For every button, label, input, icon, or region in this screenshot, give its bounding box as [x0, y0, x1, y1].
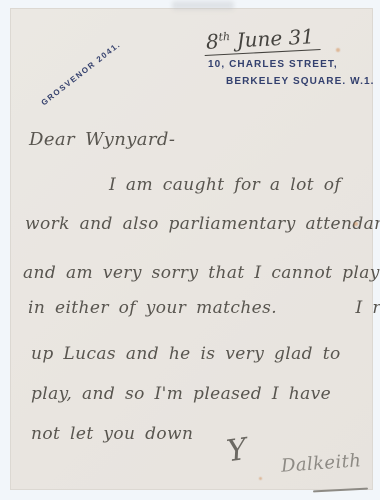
body-line-6: play, and so I'm pleased I have — [31, 384, 331, 404]
signature: Dalkeith — [280, 450, 362, 477]
body-line-1: I am caught for a lot of — [109, 175, 341, 195]
faint-top-mark — [172, 1, 234, 10]
body-line-7: not let you down — [31, 424, 193, 444]
date-day: 8 — [205, 29, 219, 54]
foxing-speck — [354, 222, 358, 226]
body-line-2: work and also parliamentary attendance, — [25, 214, 380, 234]
foxing-speck — [259, 477, 262, 480]
letterhead-address-line1: 10, CHARLES STREET, — [208, 59, 338, 70]
foxing-speck — [336, 48, 340, 52]
letterhead-phone-number: GROSVENOR 2041. — [34, 35, 128, 111]
handwritten-date: 8th June 31 — [203, 24, 320, 56]
body-line-4: in either of your matches. I rang — [28, 298, 380, 318]
salutation: Dear Wynyard- — [29, 129, 175, 150]
closing-flourish: Y — [225, 432, 250, 469]
body-line-5: up Lucas and he is very glad to — [31, 344, 341, 364]
letterhead-address-line2: BERKELEY SQUARE. W.1. — [226, 76, 375, 87]
letter-paper: GROSVENOR 2041. 8th June 31 10, CHARLES … — [10, 8, 373, 490]
scanned-letter: GROSVENOR 2041. 8th June 31 10, CHARLES … — [0, 0, 380, 500]
body-line-3: and am very sorry that I cannot play — [23, 263, 380, 283]
date-suffix: th — [218, 30, 230, 44]
signature-underline — [313, 488, 368, 493]
date-rest: June 31 — [230, 24, 315, 52]
